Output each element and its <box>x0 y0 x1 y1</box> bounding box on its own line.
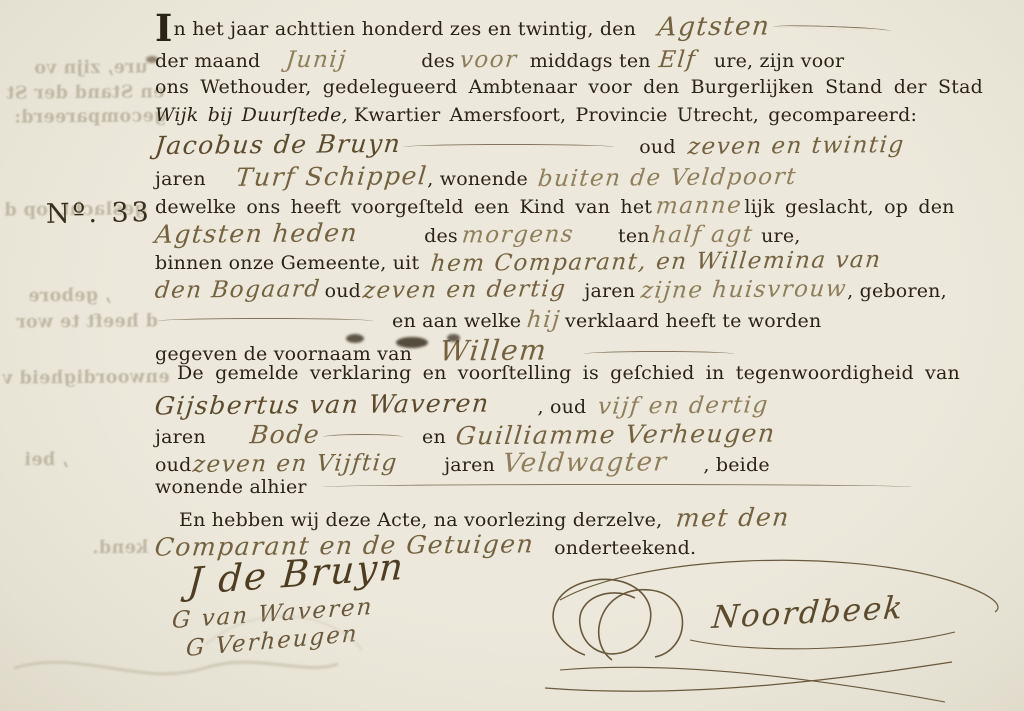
spacing-gap <box>667 470 703 471</box>
bleedthrough-text: , gebore <box>28 286 111 307</box>
handwritten-entry: zeven en Vijftig <box>192 450 399 478</box>
handwritten-dash <box>158 318 373 321</box>
act-line-6: jarenTurf Schippel, wonendebuiten de Vel… <box>155 162 797 191</box>
printed-text: En hebben wij deze Acte, na voorlezing d… <box>179 509 662 531</box>
printed-text: lijk geslacht, op den <box>744 196 954 218</box>
handwritten-entry: Junij <box>285 47 348 74</box>
printed-text: oud <box>325 280 361 302</box>
spacing-gap <box>412 359 440 360</box>
act-line-13: De gemelde verklaring en voorſtelling is… <box>155 362 960 384</box>
handwritten-entry: manne <box>655 193 744 220</box>
act-line-14: Gijsbertus van Waveren, oudvijf en derti… <box>155 390 769 419</box>
spacing-gap <box>490 412 538 413</box>
printed-text: wonende alhier <box>155 476 307 498</box>
spacing-gap <box>636 34 658 35</box>
spacing-gap <box>406 442 422 443</box>
act-line-7: dewelke ons heeft voorgeſteld een Kind v… <box>155 193 955 219</box>
handwritten-entry: zeven en twintig <box>686 132 905 160</box>
handwritten-entry: den Bogaard <box>154 276 322 303</box>
handwritten-entry: zeven en dertig <box>362 276 568 304</box>
bleedthrough-text: kend. <box>92 538 148 558</box>
act-line-5: Jacobus de Bruynoudzeven en twintig <box>155 130 904 159</box>
spacing-gap <box>574 241 618 242</box>
printed-text: middags ten <box>530 50 651 72</box>
printed-text: dewelke ons heeft voorgeſteld een Kind v… <box>155 196 652 218</box>
handwritten-entry: Agtsten <box>657 12 772 43</box>
act-line-17: wonende alhier <box>155 476 915 498</box>
spacing-gap <box>260 66 286 67</box>
spacing-gap <box>358 241 424 242</box>
printed-text: , oud <box>538 396 587 418</box>
spacing-gap <box>753 241 761 242</box>
ink-smudge <box>346 334 364 343</box>
spacing-gap <box>676 152 688 153</box>
spacing-gap <box>696 66 714 67</box>
printed-text: jaren <box>584 280 635 302</box>
handwritten-entry: hij <box>526 307 562 333</box>
handwritten-entry: half agt <box>650 222 754 249</box>
spacing-gap <box>398 470 444 471</box>
printed-text: , wonende <box>427 168 528 190</box>
act-line-16: oudzeven en VijftigjarenVeldwagter, beid… <box>155 448 770 478</box>
act-line-9: binnen onze Gemeente, uithem Comparant, … <box>155 249 882 275</box>
printed-text: Kwartier Amersfoort, Provincie Utrecht, … <box>354 104 917 126</box>
act-line-3: ons Wethouder, gedelegueerd Ambtenaar vo… <box>155 76 983 98</box>
printed-text: en <box>422 426 446 448</box>
printed-text: jaren <box>155 168 206 190</box>
handwritten-entry: buiten de Veldpoort <box>537 164 799 192</box>
handwritten-entry: Jacobus de Bruyn <box>153 129 402 160</box>
spacing-gap <box>534 553 554 554</box>
spacing-gap <box>566 296 584 297</box>
act-line-4: Wijk bij Duurſtede,Kwartier Amersfoort, … <box>155 104 917 126</box>
printed-text: oud <box>155 454 191 476</box>
printed-text: verklaard heeft te worden <box>565 310 821 332</box>
spacing-gap <box>155 525 179 526</box>
printed-text: n het jaar achttien honderd zes en twint… <box>174 18 637 40</box>
ink-smudge <box>396 337 428 348</box>
bleedthrough-text: ure, zijn vo <box>34 58 148 79</box>
printed-text: jaren <box>444 454 495 476</box>
printed-text: en aan welke <box>392 310 521 332</box>
printed-text: onderteekend. <box>554 537 696 559</box>
bleedthrough-text: en Stand der St <box>6 82 165 103</box>
spacing-gap <box>347 66 421 67</box>
handwritten-entry: morgens <box>461 222 576 249</box>
handwritten-entry: met den <box>675 503 792 533</box>
printed-text-italic: Wijk bij Duurſtede, <box>155 104 348 126</box>
handwritten-entry: voor <box>459 47 519 74</box>
bleedthrough-text: , bei <box>24 450 68 470</box>
act-line-2: der maandJunijdesvoormiddags tenElfure, … <box>155 47 844 73</box>
spacing-gap <box>206 184 236 185</box>
handwritten-dash <box>323 434 403 437</box>
printed-text: des <box>421 50 455 72</box>
handwritten-entry: zijne huisvrouw <box>640 276 849 304</box>
bleedthrough-text: gecompareerd: <box>14 106 167 127</box>
printed-text: De gemelde verklaring en voorſtelling is… <box>177 362 960 384</box>
drop-cap: I <box>155 6 173 50</box>
handwritten-entry: hem Comparant, en Willemina van <box>430 247 883 277</box>
handwritten-entry: Agtsten heden <box>154 218 360 249</box>
spacing-gap <box>617 152 639 153</box>
spacing-gap <box>307 492 319 493</box>
printed-text: der maand <box>155 50 260 72</box>
spacing-gap <box>206 442 250 443</box>
act-number: Nº. 33 <box>46 197 152 230</box>
printed-text: ons Wethouder, gedelegueerd Ambtenaar vo… <box>155 76 983 98</box>
spacing-gap <box>376 326 392 327</box>
handwritten-entry: Veldwagter <box>501 447 668 478</box>
scanned-birth-certificate: ure, zijn voen Stand der Stgecompareerd:… <box>0 0 1024 711</box>
printed-text: ure, zijn voor <box>714 50 844 72</box>
handwritten-entry: vijf en dertig <box>597 392 770 419</box>
printed-text: binnen onze Gemeente, uit <box>155 252 419 274</box>
spacing-gap <box>547 359 581 360</box>
printed-text: oud <box>639 136 675 158</box>
spacing-gap <box>155 378 177 379</box>
act-line-8: Agtsten hedendesmorgenstenhalf agture, <box>155 219 801 248</box>
printed-text: jaren <box>155 426 206 448</box>
act-line-15: jarenBodeenGuilliamme Verheugen <box>155 420 775 449</box>
handwritten-entry: Turf Schippel <box>234 161 428 192</box>
printed-text: ten <box>618 225 650 247</box>
bleedthrough-text: d heeft te wor <box>16 311 158 332</box>
act-line-10: den Bogaardoudzeven en dertigjarenzijne … <box>155 277 947 303</box>
printed-text: ure, <box>761 225 800 247</box>
ink-smudge <box>146 56 158 63</box>
handwritten-entry: Gijsbertus van Waveren <box>153 389 491 421</box>
spacing-gap <box>518 66 530 67</box>
handwritten-dash <box>584 351 734 354</box>
bleedthrough-text: enwoordigheid v <box>2 367 170 388</box>
act-line-11: en aan welkehijverklaard heeft te worden <box>155 307 821 333</box>
printed-text: des <box>424 225 458 247</box>
printed-text: , geboren, <box>847 280 947 302</box>
handwritten-dash <box>404 144 614 147</box>
handwritten-entry: Elf <box>657 47 697 73</box>
act-line-1: In het jaar achttien honderd zes en twin… <box>155 12 894 42</box>
handwritten-dash <box>322 484 912 487</box>
printed-text: , beide <box>703 454 769 476</box>
ink-smudge <box>447 334 460 342</box>
handwritten-dash <box>773 24 891 31</box>
handwritten-entry: Guilliamme Verheugen <box>454 419 777 451</box>
signature-noordbeek: Noordbeek <box>710 590 905 636</box>
handwritten-entry: Bode <box>248 420 321 450</box>
act-line-18: En hebben wij deze Acte, na voorlezing d… <box>155 503 790 532</box>
